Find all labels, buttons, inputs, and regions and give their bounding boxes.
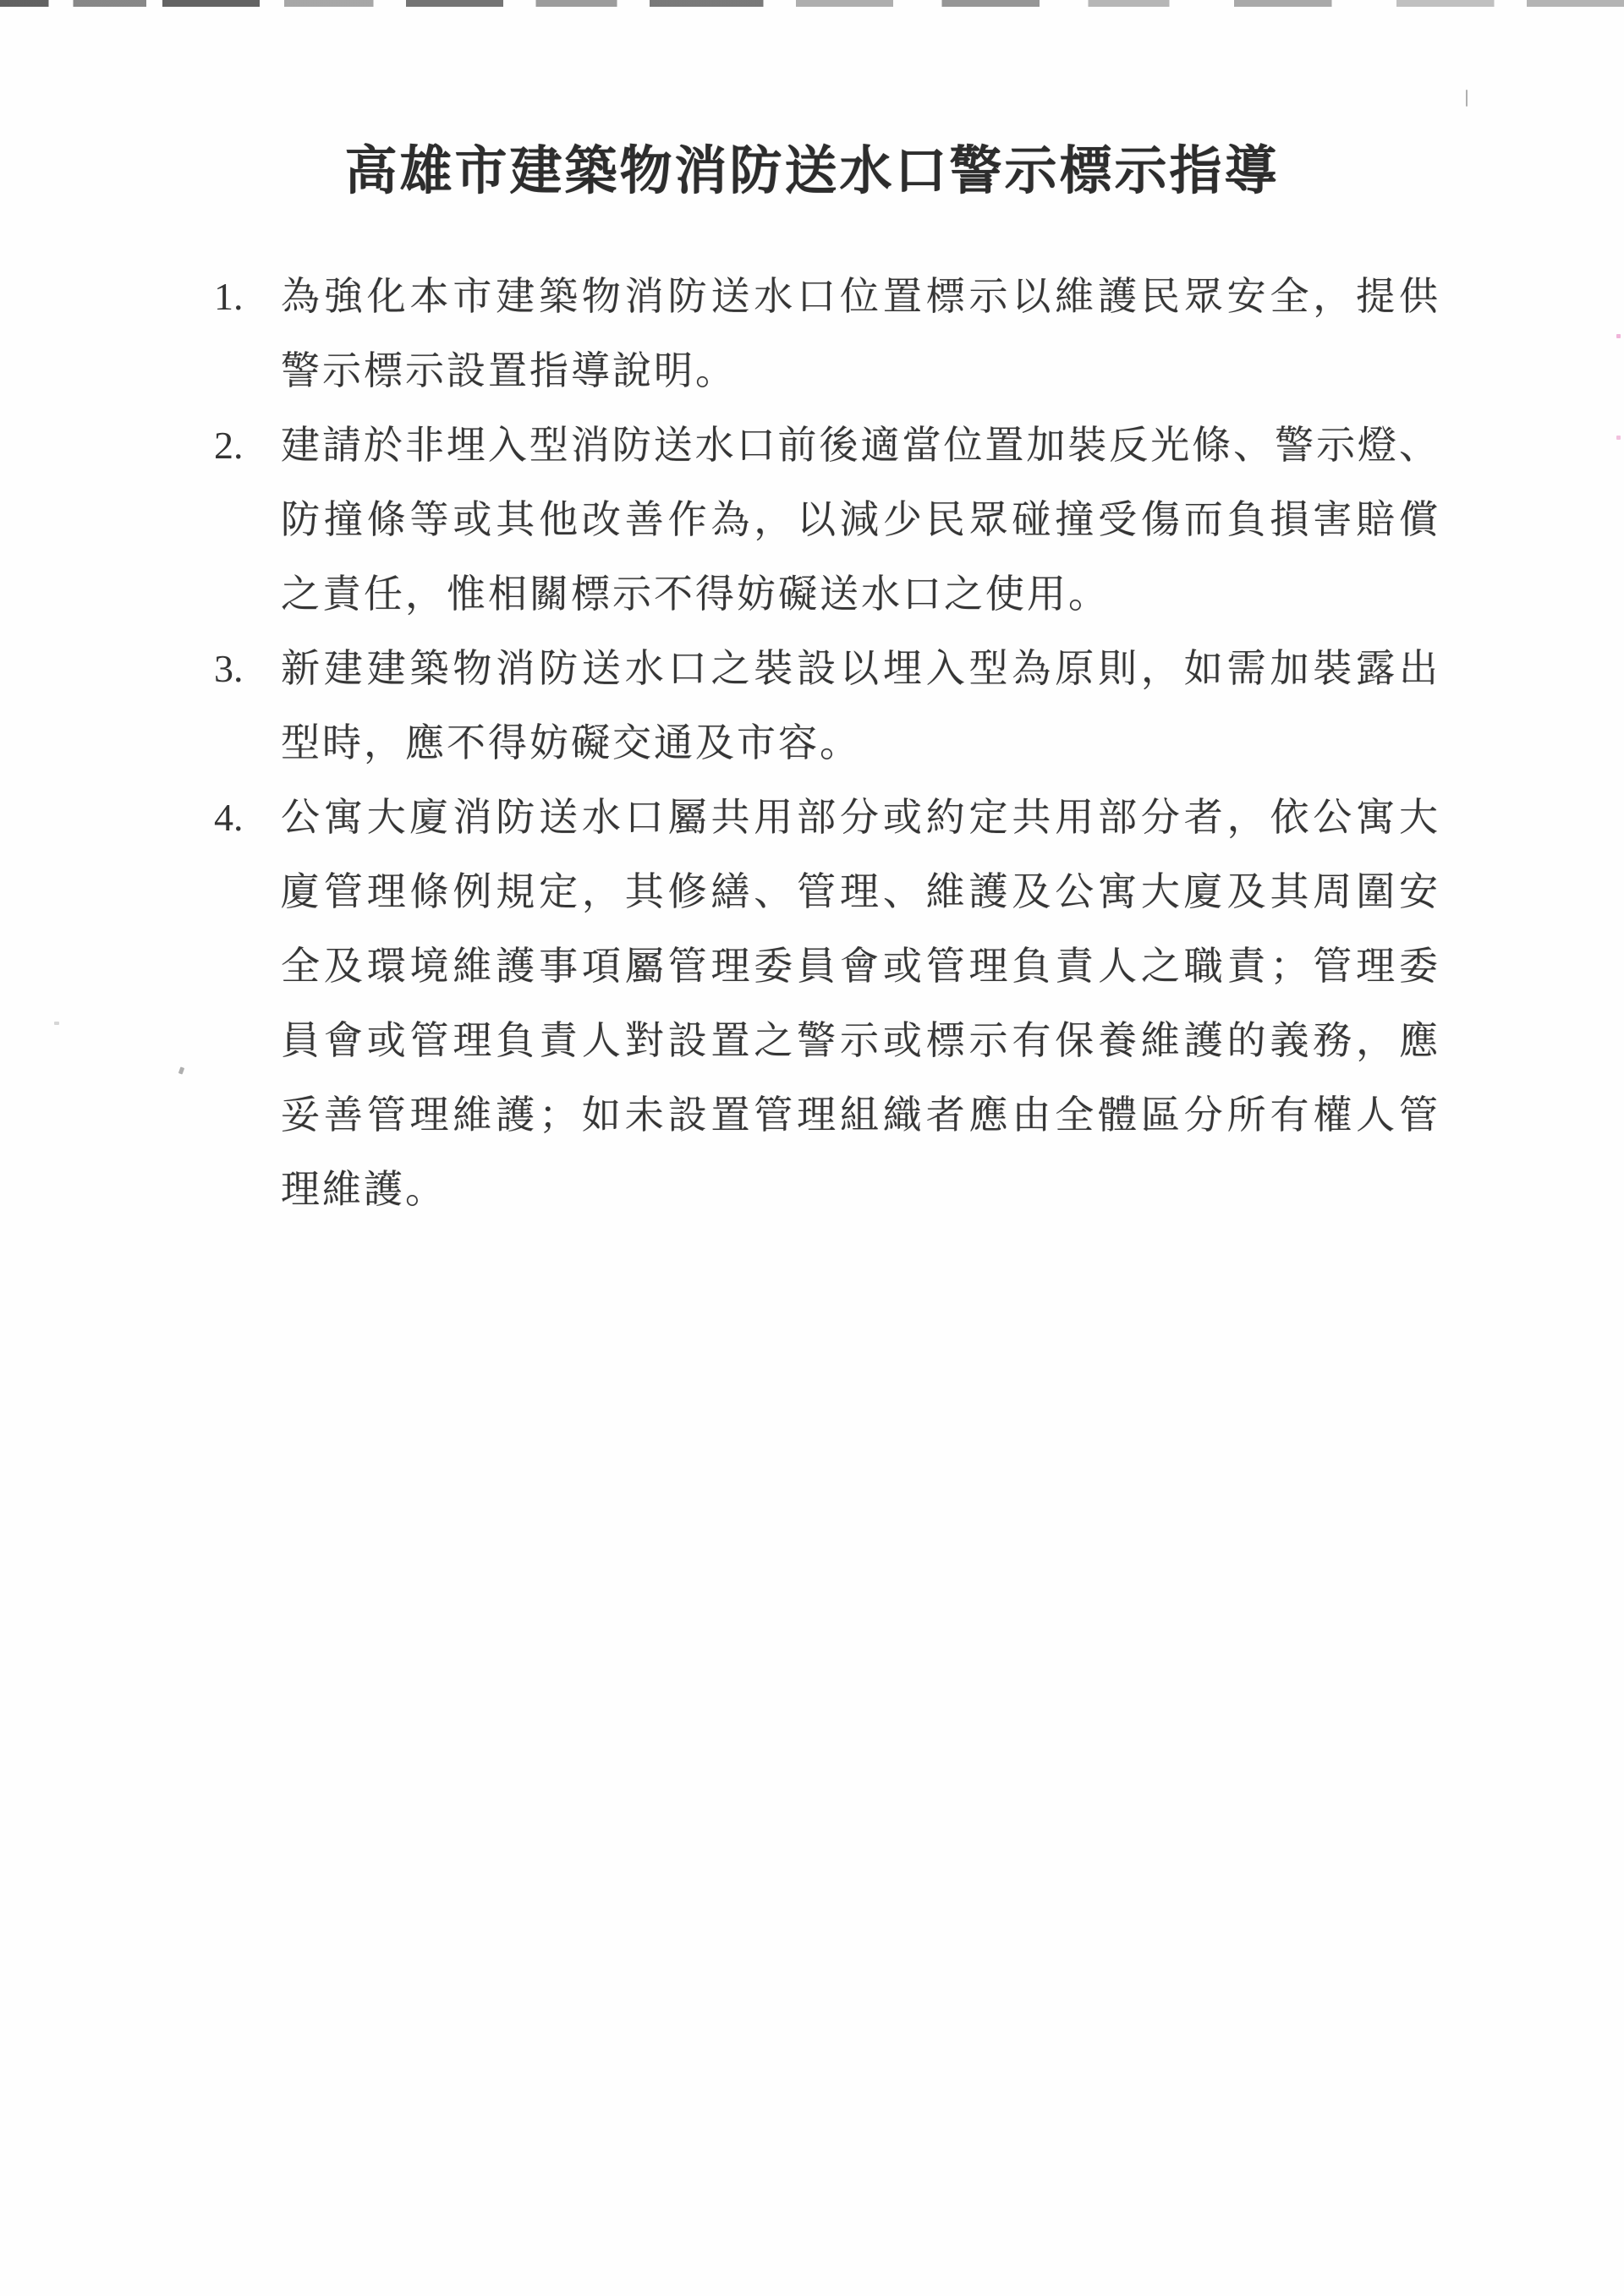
list-item-3: 3. 新建建築物消防送水口之裝設以埋入型為原則，如需加裝露出 型時，應不得妨礙交… [214,632,1438,781]
text-line: 之責任，惟相關標示不得妨礙送水口之使用。 [281,557,1438,632]
item-number: 2. [214,408,281,483]
scanned-document-page: 高雄市建築物消防送水口警示標示指導 1. 為強化本市建築物消防送水口位置標示以維… [0,0,1624,2296]
text-line: 全及環境維護事項屬管理委員會或管理負責人之職責；管理委 [281,929,1438,1004]
scan-speck [54,1022,59,1025]
text-line: 妥善管理維護；如未設置管理組織者應由全體區分所有權人管 [281,1078,1438,1153]
text-line: 新建建築物消防送水口之裝設以埋入型為原則，如需加裝露出 [281,632,1438,706]
text-line: 員會或管理負責人對設置之警示或標示有保養維護的義務，應 [281,1004,1438,1078]
text-line: 為強化本市建築物消防送水口位置標示以維護民眾安全，提供 [281,260,1438,334]
list-item-1: 1. 為強化本市建築物消防送水口位置標示以維護民眾安全，提供 警示標示設置指導說… [214,260,1438,408]
list-item-2: 2. 建請於非埋入型消防送水口前後適當位置加裝反光條、警示燈、 防撞條等或其他改… [214,408,1438,632]
document-title: 高雄市建築物消防送水口警示標示指導 [0,0,1624,204]
text-line: 建請於非埋入型消防送水口前後適當位置加裝反光條、警示燈、 [281,408,1438,483]
text-line: 防撞條等或其他改善作為，以減少民眾碰撞受傷而負損害賠償 [281,483,1438,557]
scan-speck [1466,90,1468,107]
scan-speck [178,1066,184,1074]
scan-speck [1616,436,1621,440]
text-line: 警示標示設置指導說明。 [281,334,1438,408]
text-line: 廈管理條例規定，其修繕、管理、維護及公寓大廈及其周圍安 [281,855,1438,929]
scan-edge-artifact [0,0,1624,7]
scan-speck [1616,334,1621,338]
item-number: 4. [214,781,281,855]
guidance-list: 1. 為強化本市建築物消防送水口位置標示以維護民眾安全，提供 警示標示設置指導說… [214,260,1438,1227]
item-text: 新建建築物消防送水口之裝設以埋入型為原則，如需加裝露出 型時，應不得妨礙交通及市… [281,632,1438,781]
item-number: 1. [214,260,281,334]
item-text: 公寓大廈消防送水口屬共用部分或約定共用部分者，依公寓大 廈管理條例規定，其修繕、… [281,781,1438,1227]
item-text: 建請於非埋入型消防送水口前後適當位置加裝反光條、警示燈、 防撞條等或其他改善作為… [281,408,1438,632]
text-line: 公寓大廈消防送水口屬共用部分或約定共用部分者，依公寓大 [281,781,1438,855]
item-number: 3. [214,632,281,706]
list-item-4: 4. 公寓大廈消防送水口屬共用部分或約定共用部分者，依公寓大 廈管理條例規定，其… [214,781,1438,1227]
item-text: 為強化本市建築物消防送水口位置標示以維護民眾安全，提供 警示標示設置指導說明。 [281,260,1438,408]
text-line: 理維護。 [281,1153,1438,1227]
text-line: 型時，應不得妨礙交通及市容。 [281,706,1438,781]
